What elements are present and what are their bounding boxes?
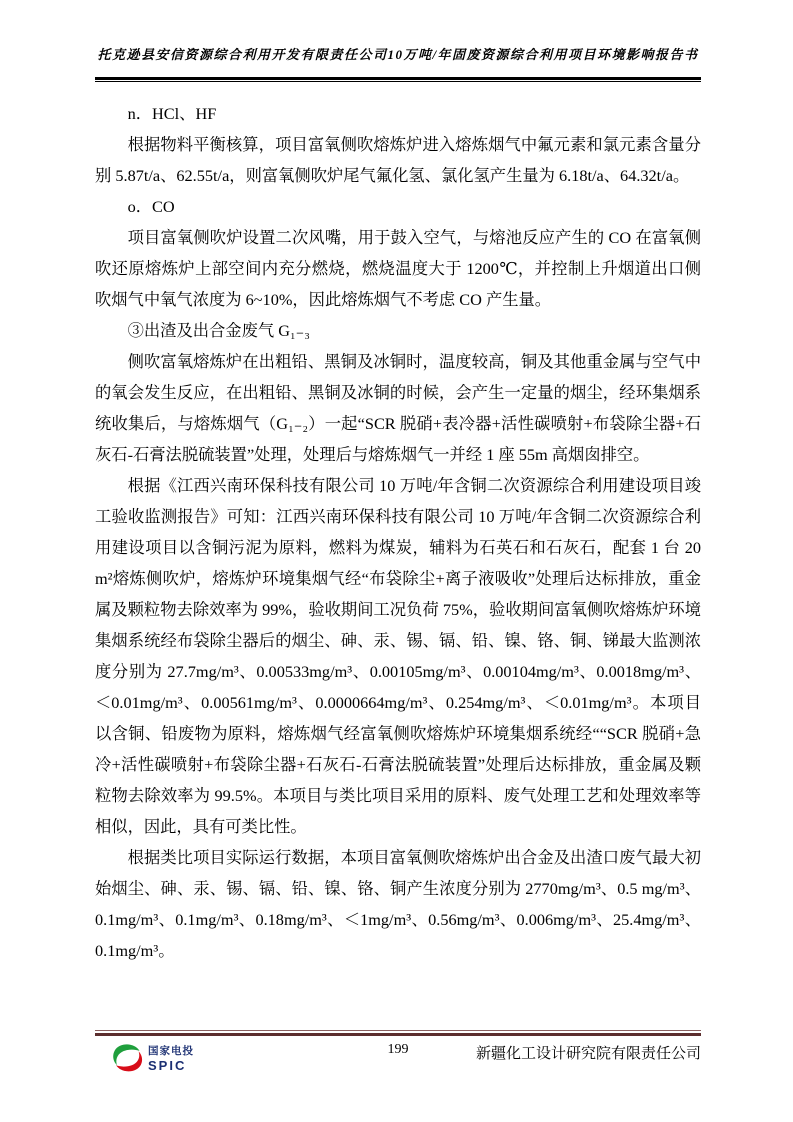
body-paragraph: n．HCl、HF [95, 98, 701, 129]
body-paragraph: 根据类比项目实际运行数据，本项目富氧侧吹熔炼炉出合金及出渣口废气最大初始烟尘、砷… [95, 842, 701, 966]
body-paragraph: o．CO [95, 191, 701, 222]
body-paragraph: 侧吹富氧熔炼炉在出粗铅、黑铜及冰铜时，温度较高，铜及其他重金属与空气中的氧会发生… [95, 346, 701, 470]
spic-logo-en: SPIC [148, 1059, 194, 1072]
body-paragraph: 根据《江西兴南环保科技有限公司 10 万吨/年含铜二次资源综合利用建设项目竣工验… [95, 470, 701, 842]
footer-company-name: 新疆化工设计研究院有限责任公司 [476, 1042, 701, 1063]
header-title: 托克逊县安信资源综合利用开发有限责任公司10万吨/年固废资源综合利用项目环境影响… [95, 44, 701, 63]
document-page: 托克逊县安信资源综合利用开发有限责任公司10万吨/年固废资源综合利用项目环境影响… [0, 0, 793, 1122]
body-paragraph: 根据物料平衡核算，项目富氧侧吹熔炼炉进入熔炼烟气中氟元素和氯元素含量分别 5.8… [95, 129, 701, 191]
body-paragraph: ③出渣及出合金废气 G₁₋₃ [95, 315, 701, 346]
body-text: n．HCl、HF根据物料平衡核算，项目富氧侧吹熔炼炉进入熔炼烟气中氟元素和氯元素… [95, 98, 701, 966]
footer-rule [95, 1030, 701, 1036]
header-rule [95, 77, 701, 82]
body-paragraph: 项目富氧侧吹炉设置二次风嘴，用于鼓入空气，与熔池反应产生的 CO 在富氧侧吹还原… [95, 222, 701, 315]
